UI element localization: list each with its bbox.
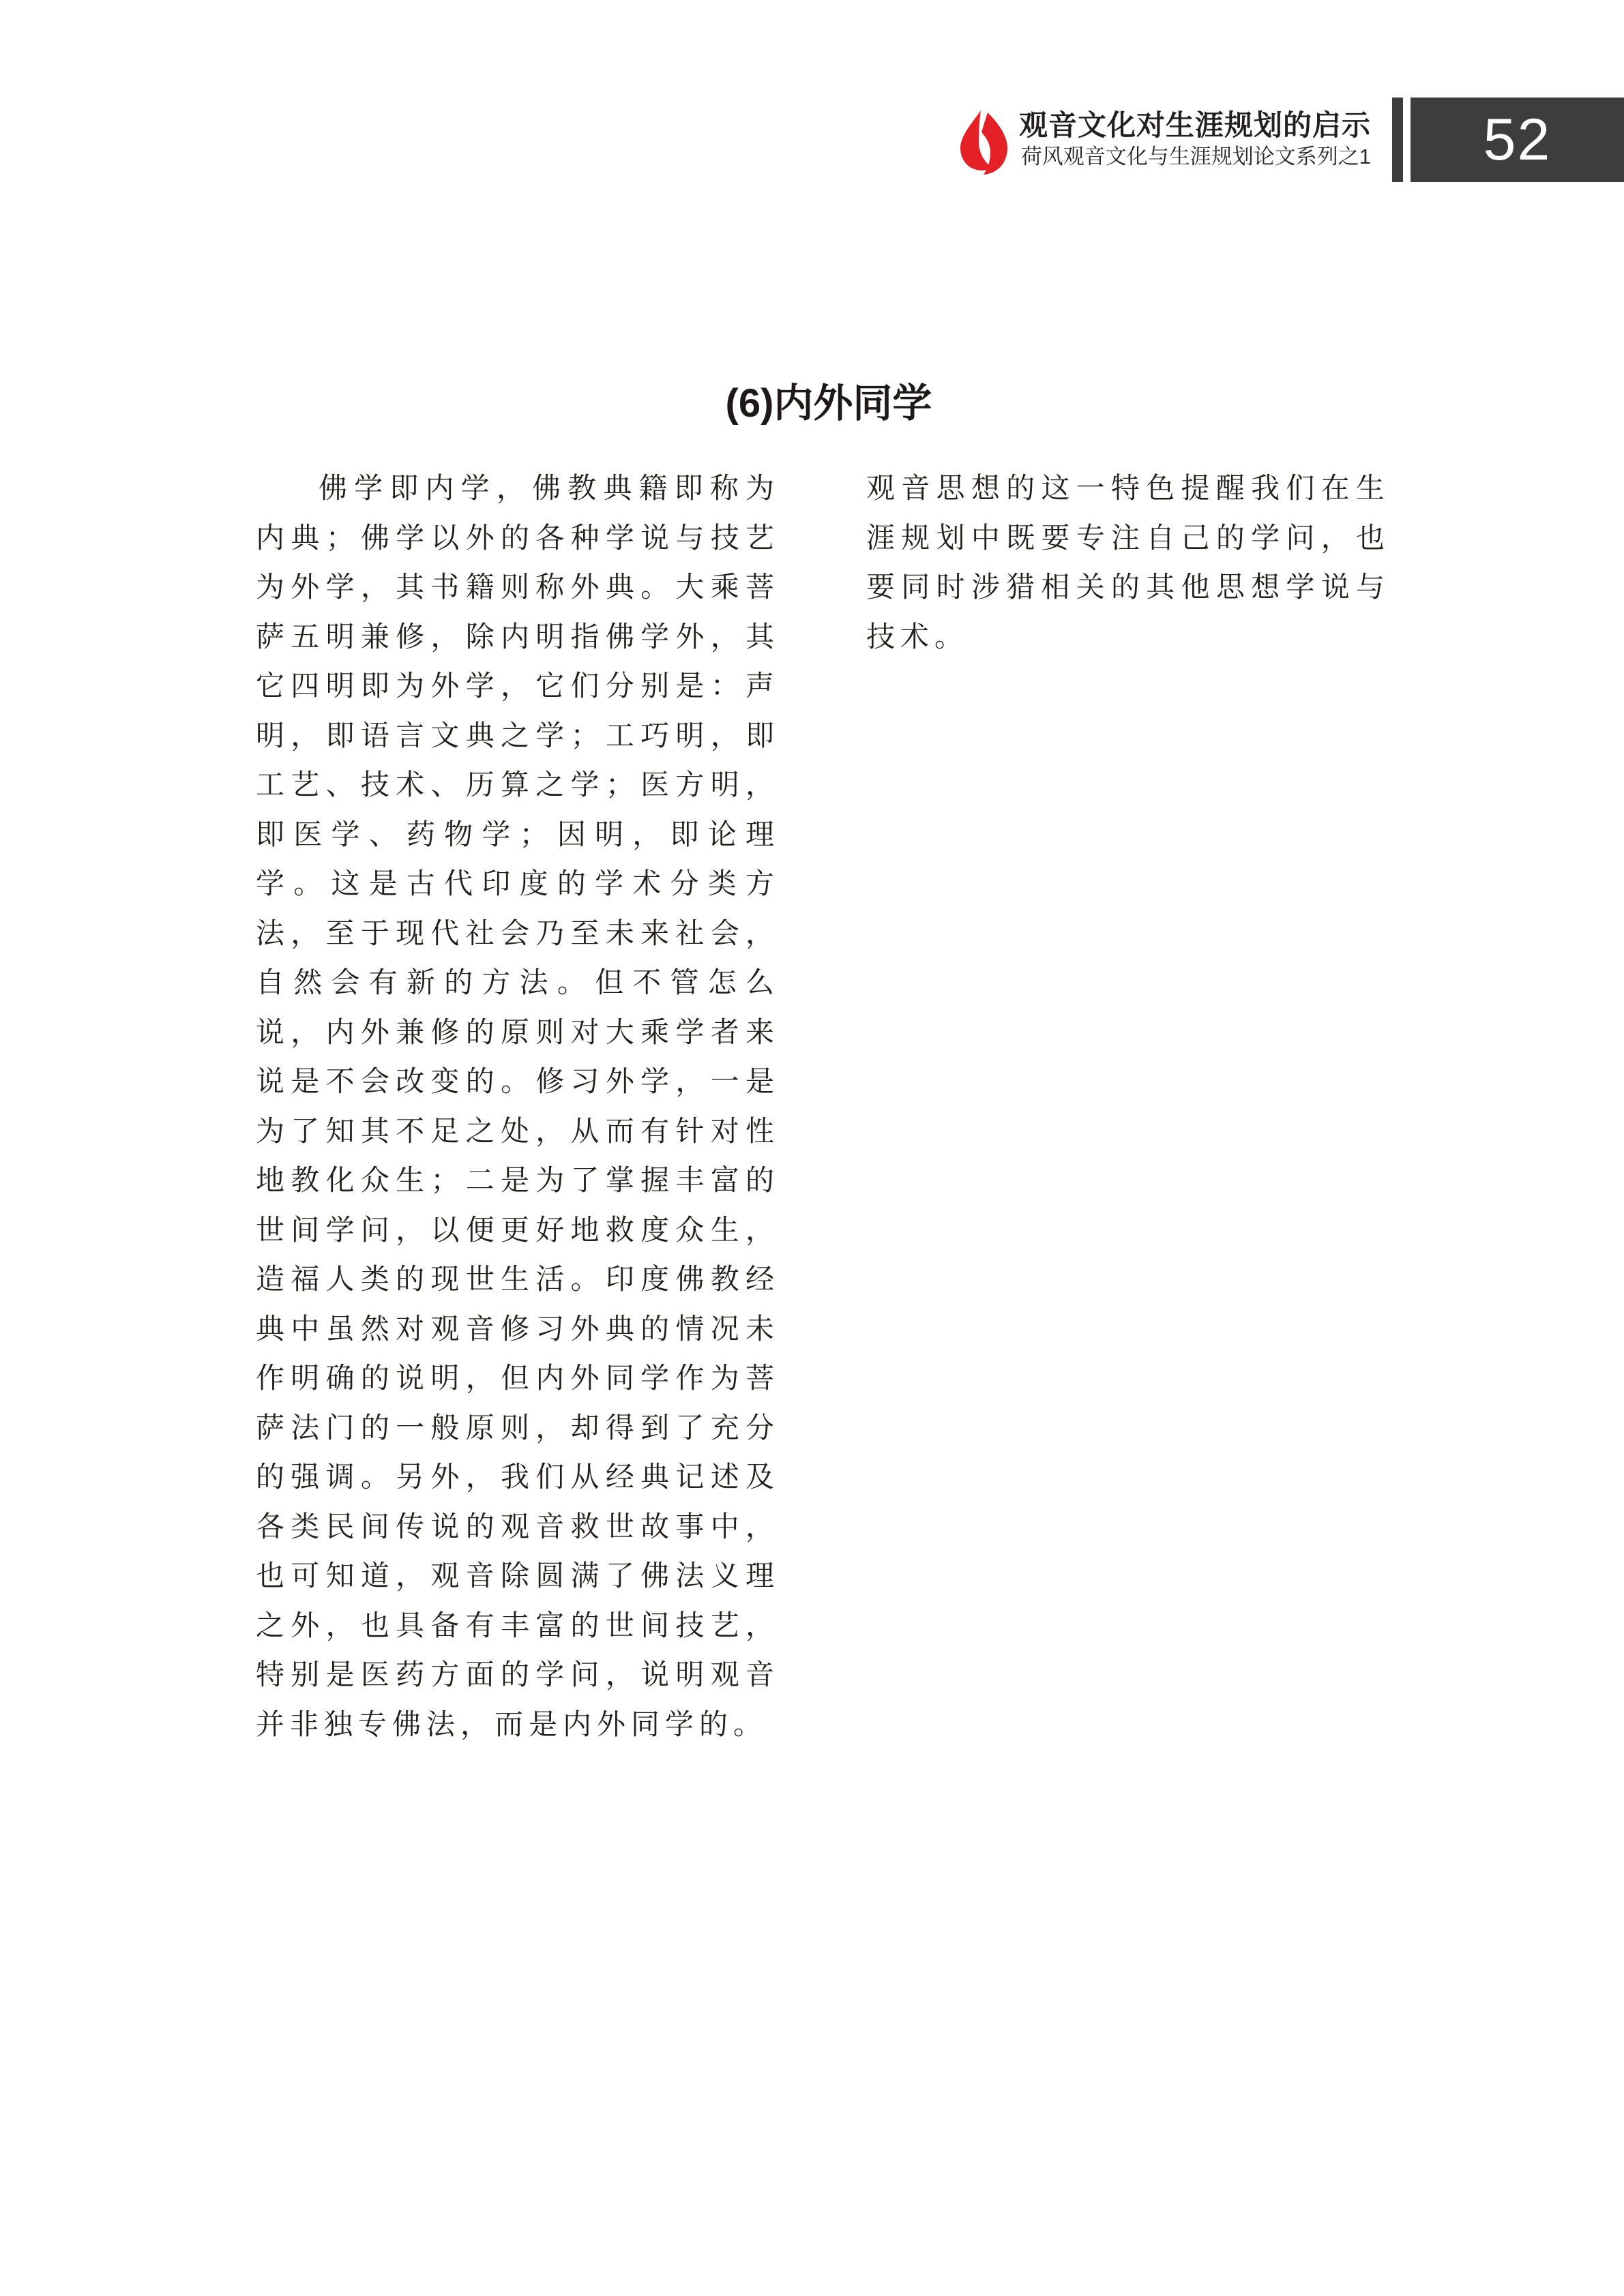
section-heading: (6)内外同学 [256, 375, 1402, 432]
page-number: 52 [1483, 106, 1552, 174]
page-number-badge: 52 [1411, 98, 1624, 182]
lotus-flame-icon [957, 110, 1011, 175]
header-divider-bar [1392, 98, 1403, 182]
header-title: 观音文化对生涯规划的启示 [1019, 110, 1371, 141]
article-column-right: 观音思想的这一特色提醒我们在生涯规划中既要专注自己的学问，也要同时涉猎相关的其他… [866, 464, 1390, 662]
header-text-block: 观音文化对生涯规划的启示 荷风观音文化与生涯规划论文系列之1 [1019, 110, 1371, 168]
header-series-subtitle: 荷风观音文化与生涯规划论文系列之1 [1019, 145, 1371, 168]
article-column-left: 佛学即内学，佛教典籍即称为内典；佛学以外的各种学说与技艺为外学，其书籍则称外典。… [256, 464, 780, 1750]
